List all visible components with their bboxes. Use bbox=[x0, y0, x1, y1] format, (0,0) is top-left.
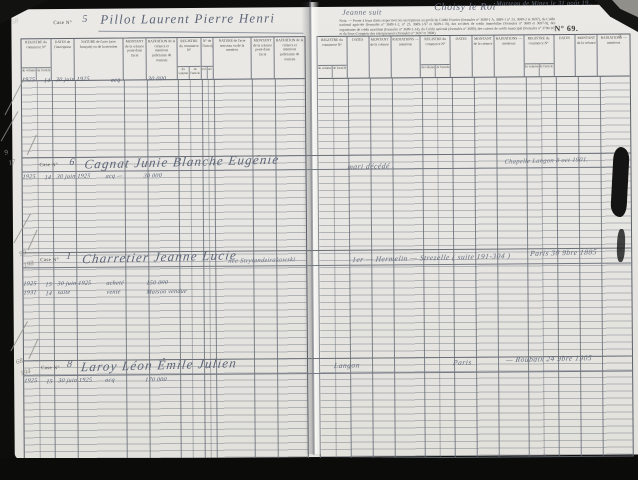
sheet-number: N° 69. bbox=[554, 24, 578, 33]
entry-volume: 1925 bbox=[24, 378, 38, 384]
entry-montant: 30 000 bbox=[147, 76, 166, 82]
pencil-stroke bbox=[10, 321, 28, 351]
margin-folio-2a: 9 bbox=[3, 148, 9, 157]
margin-folio-2b: 17 bbox=[8, 158, 17, 168]
entry-article: 15 bbox=[45, 282, 52, 288]
entry-article: 14 bbox=[44, 175, 51, 181]
pencil-stroke bbox=[5, 78, 26, 116]
scan-background-bottom bbox=[0, 458, 638, 480]
case-number-1: 5 bbox=[82, 14, 88, 25]
registrant-name-1: Pillot Laurent Pierre Henri bbox=[100, 10, 275, 27]
margin-folio-1b: 58 bbox=[10, 17, 19, 27]
entry-article: 15 bbox=[46, 379, 53, 385]
scanned-register-page: REGISTRE du commerce N°du volumede l'art… bbox=[0, 0, 638, 480]
pencil-stroke bbox=[1, 111, 19, 141]
entry-article: 14 bbox=[43, 78, 50, 84]
pencil-stroke bbox=[27, 135, 37, 156]
entry-date: 30 juin 1925 bbox=[58, 377, 93, 384]
entry-date: suite bbox=[57, 290, 71, 296]
pencil-stroke bbox=[28, 230, 38, 251]
entry-article: 14 bbox=[45, 291, 52, 297]
entry-mention: Maison vendue bbox=[146, 289, 187, 296]
entry-montant: 170 000 bbox=[145, 377, 167, 384]
pencil-stroke bbox=[28, 339, 38, 360]
entry-date: 30 juin 1925 bbox=[55, 76, 90, 83]
entry-montant: 150 000 bbox=[146, 280, 168, 287]
entry-date: 30 juin 1925 bbox=[57, 280, 92, 287]
printed-nota-text: Nota. — Porter à leurs dates respectives… bbox=[339, 17, 555, 36]
entry-nature: acq bbox=[110, 77, 120, 83]
entry-nature: acq — bbox=[105, 173, 123, 179]
entry-volume: 1931 bbox=[23, 290, 37, 296]
entry-volume: 1925 bbox=[23, 281, 37, 287]
entry-nature: acq bbox=[105, 378, 115, 384]
case-label-1: Case N° bbox=[53, 21, 72, 26]
paper-rotation-wrapper: REGISTRE du commerce N°du volumede l'art… bbox=[0, 0, 638, 480]
entry-volume: 1925 bbox=[22, 174, 36, 180]
entry-nature: acheté bbox=[106, 280, 124, 286]
entry-nature: vente bbox=[106, 289, 121, 295]
top-annotation: Jeanne suit bbox=[342, 8, 382, 17]
underline-flourish bbox=[98, 31, 303, 34]
entry-date: 30 juin 1925 bbox=[56, 173, 91, 180]
commune-name: Choisy le Roi bbox=[434, 2, 496, 13]
handwriting-overlay: Case N° 5 Pillot Laurent Pierre Henri Je… bbox=[0, 0, 638, 480]
entry-montant: 30 000 bbox=[143, 173, 162, 179]
page-corner-number: 3 bbox=[618, 35, 621, 40]
pencil-stroke bbox=[14, 213, 32, 243]
